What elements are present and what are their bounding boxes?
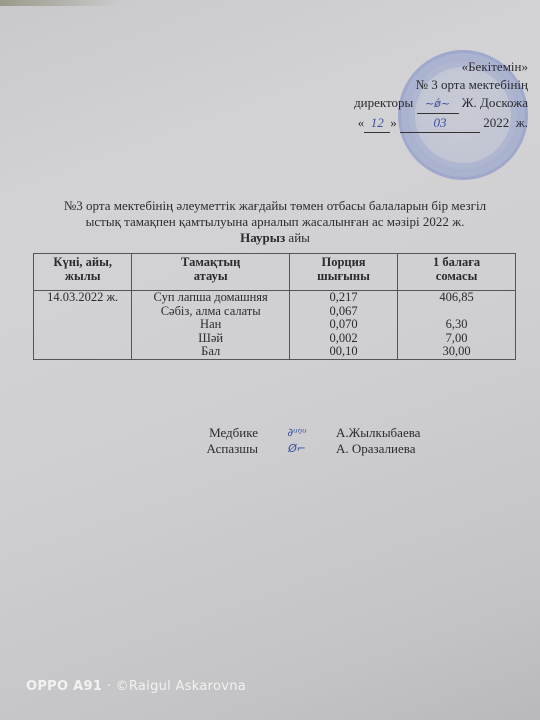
cell-portion: 0,002 (289, 332, 397, 346)
table-row: Бал 00,10 30,00 (34, 345, 516, 359)
cell-date (34, 318, 132, 332)
staff-row-nurse: Медбике ∂ᵘᵑᵘ А.Жылкыбаева (190, 425, 420, 441)
cell-portion: 0,070 (289, 318, 397, 332)
approval-director: директоры ~ǿ~ Ж. Доскожа (354, 94, 528, 114)
date-close-quote: » (390, 115, 397, 130)
director-name: Ж. Доскожа (462, 95, 528, 110)
director-signature-icon: ~ǿ~ (417, 95, 459, 114)
staff-signatures: Медбике ∂ᵘᵑᵘ А.Жылкыбаева Аспазшы Ø⌐ А. … (190, 425, 420, 457)
director-label: директоры (354, 95, 413, 110)
cell-portion: 00,10 (289, 345, 397, 359)
cell-date (34, 305, 132, 319)
header-cost: 1 балағасомасы (398, 254, 516, 291)
camera-watermark: OPPO A91 · ©Raigul Askarovna (26, 679, 246, 694)
cell-dish: Шәй (132, 332, 289, 346)
month-suffix: айы (285, 230, 310, 245)
nurse-signature-icon: ∂ᵘᵑᵘ (266, 425, 328, 441)
staff-row-cook: Аспазшы Ø⌐ А. Оразалиева (190, 441, 420, 457)
header-portion: Порцияшығыны (289, 254, 397, 291)
approval-heading: «Бекітемін» (354, 58, 528, 76)
watermark-credit: ©Raigul Askarovna (116, 679, 247, 694)
title-line-2: ыстық тамақпен қамтылуына арналып жасалы… (30, 214, 520, 230)
cell-cost: 30,00 (398, 345, 516, 359)
staff-name: А.Жылкыбаева (336, 425, 420, 441)
title-month: Наурыз айы (30, 230, 520, 246)
date-month: 03 (400, 114, 480, 133)
approval-date: «12» 03 2022 ж. (354, 114, 528, 133)
menu-table: Күні, айы,жылы Тамақтыңатауы Порцияшығын… (33, 253, 516, 360)
page-edge-shadow (0, 0, 120, 6)
header-date: Күні, айы,жылы (34, 254, 132, 291)
staff-role: Медбике (190, 425, 258, 441)
cell-dish: Нан (132, 318, 289, 332)
header-dish: Тамақтыңатауы (132, 254, 289, 291)
table-row: Нан 0,070 6,30 (34, 318, 516, 332)
cell-cost: 6,30 (398, 318, 516, 332)
cell-dish: Бал (132, 345, 289, 359)
cell-date (34, 332, 132, 346)
approval-school: № 3 орта мектебінің (354, 76, 528, 94)
table-header-row: Күні, айы,жылы Тамақтыңатауы Порцияшығын… (34, 254, 516, 291)
table-row: Шәй 0,002 7,00 (34, 332, 516, 346)
cell-cost: 7,00 (398, 332, 516, 346)
watermark-separator: · (102, 679, 115, 694)
title-line-1: №3 орта мектебінің әлеуметтік жағдайы тө… (30, 198, 520, 214)
month-name: Наурыз (240, 230, 285, 245)
cell-cost (398, 305, 516, 319)
date-year: 2022 (483, 115, 509, 130)
staff-role: Аспазшы (190, 441, 258, 457)
table-row: Сәбіз, алма салаты 0,067 (34, 305, 516, 319)
cell-date: 14.03.2022 ж. (34, 291, 132, 305)
document-title: №3 орта мектебінің әлеуметтік жағдайы тө… (30, 198, 520, 246)
cook-signature-icon: Ø⌐ (266, 441, 328, 457)
watermark-brand: OPPO A91 (26, 679, 102, 694)
staff-name: А. Оразалиева (336, 441, 416, 457)
cell-dish: Сәбіз, алма салаты (132, 305, 289, 319)
cell-dish: Суп лапша домашняя (132, 291, 289, 305)
date-day: 12 (364, 114, 390, 133)
cell-cost: 406,85 (398, 291, 516, 305)
cell-portion: 0,067 (289, 305, 397, 319)
date-suffix: ж. (516, 115, 528, 130)
cell-portion: 0,217 (289, 291, 397, 305)
approval-block: «Бекітемін» № 3 орта мектебінің директор… (354, 58, 528, 133)
cell-date (34, 345, 132, 359)
table-row: 14.03.2022 ж. Суп лапша домашняя 0,217 4… (34, 291, 516, 305)
